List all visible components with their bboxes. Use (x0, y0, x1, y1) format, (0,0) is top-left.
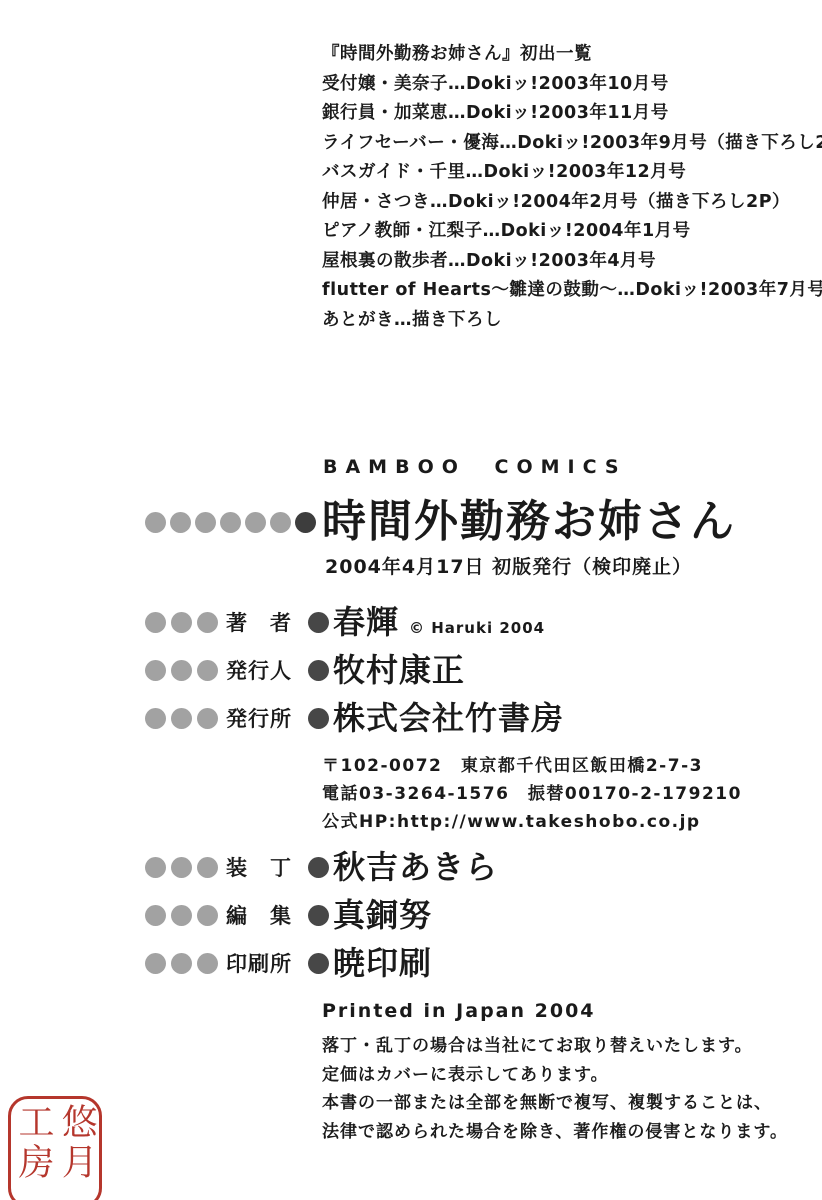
gray-dot-icon (145, 905, 166, 926)
editor-name: 真銅努 (333, 899, 432, 931)
legal-line: 法律で認められた場合を除き、著作権の侵害となります。 (322, 1118, 788, 1147)
gray-dot-icon (145, 857, 166, 878)
gray-dot-icon (197, 612, 218, 633)
publisher-website: 公式HP:http://www.takeshobo.co.jp (322, 808, 742, 836)
credit-row-publishing-house: 発行所 株式会社竹書房 (145, 702, 564, 734)
gray-dot-icon (145, 953, 166, 974)
legal-line: 定価はカバーに表示してあります。 (322, 1061, 788, 1090)
publication-entry: ライフセーバー・優海…Dokiッ!2003年9月号（描き下ろし2P） (322, 129, 822, 159)
printed-in-japan-line: Printed in Japan 2004 (322, 1000, 596, 1022)
credit-label: 著 者 (226, 607, 306, 637)
publication-entry: 銀行員・加菜恵…Dokiッ!2003年11月号 (322, 99, 822, 129)
gray-dot-icon (245, 512, 266, 533)
gray-dot-icon (171, 905, 192, 926)
dark-dot-icon (308, 905, 329, 926)
gray-dot-icon (145, 660, 166, 681)
gray-dot-icon (270, 512, 291, 533)
scanlator-seal: 悠月工房 (8, 1096, 102, 1200)
credit-label: 発行所 (226, 703, 306, 733)
gray-dot-icon (171, 857, 192, 878)
gray-dot-icon (171, 660, 192, 681)
gray-dot-icon (220, 512, 241, 533)
publication-entry: バスガイド・千里…Dokiッ!2003年12月号 (322, 158, 822, 188)
publisher-phone: 電話03-3264-1576 振替00170-2-179210 (322, 780, 742, 808)
publisher-contact: 〒102-0072 東京都千代田区飯田橋2-7-3 電話03-3264-1576… (322, 752, 742, 836)
credit-row-publisher-person: 発行人 牧村康正 (145, 654, 465, 686)
publication-entry: 受付嬢・美奈子…Dokiッ!2003年10月号 (322, 70, 822, 100)
publication-list-header: 『時間外勤務お姉さん』初出一覧 (322, 40, 822, 70)
credit-row-editor: 編 集 真銅努 (145, 899, 432, 931)
title-dots-decoration (145, 512, 320, 533)
edition-line: 2004年4月17日 初版発行（検印廃止） (325, 552, 692, 579)
gray-dot-icon (197, 857, 218, 878)
gray-dot-icon (145, 512, 166, 533)
printer-name: 暁印刷 (333, 947, 432, 979)
credit-label: 装 丁 (226, 852, 306, 882)
dark-dot-icon (308, 660, 329, 681)
first-publication-list: 『時間外勤務お姉さん』初出一覧 受付嬢・美奈子…Dokiッ!2003年10月号 … (322, 40, 822, 335)
colophon-page: 『時間外勤務お姉さん』初出一覧 受付嬢・美奈子…Dokiッ!2003年10月号 … (0, 0, 822, 1200)
credit-label: 発行人 (226, 655, 306, 685)
cover-designer-name: 秋吉あきら (333, 851, 498, 883)
seal-text: 悠月工房 (12, 1103, 98, 1183)
dark-dot-icon (295, 512, 316, 533)
credit-row-cover-design: 装 丁 秋吉あきら (145, 851, 498, 883)
publishing-house-name: 株式会社竹書房 (333, 702, 564, 734)
book-title: 時間外勤務お姉さん (322, 500, 736, 544)
gray-dot-icon (145, 612, 166, 633)
publication-entry: 屋根裏の散歩者…Dokiッ!2003年4月号 (322, 247, 822, 277)
dark-dot-icon (308, 953, 329, 974)
copyright-note: © Haruki 2004 (409, 621, 545, 636)
legal-notes: 落丁・乱丁の場合は当社にてお取り替えいたします。 定価はカバーに表示してあります… (322, 1032, 788, 1146)
title-row: 時間外勤務お姉さん (145, 500, 736, 544)
dark-dot-icon (308, 857, 329, 878)
gray-dot-icon (197, 708, 218, 729)
publication-entry: ピアノ教師・江梨子…Dokiッ!2004年1月号 (322, 217, 822, 247)
publication-entry: 仲居・さつき…Dokiッ!2004年2月号（描き下ろし2P） (322, 188, 822, 218)
gray-dot-icon (145, 708, 166, 729)
legal-line: 本書の一部または全部を無断で複写、複製することは、 (322, 1089, 788, 1118)
publisher-person-name: 牧村康正 (333, 654, 465, 686)
gray-dot-icon (195, 512, 216, 533)
publication-entry: あとがき…描き下ろし (322, 306, 822, 336)
gray-dot-icon (171, 708, 192, 729)
series-logo: BAMBOO COMICS (323, 456, 627, 478)
gray-dot-icon (170, 512, 191, 533)
gray-dot-icon (197, 660, 218, 681)
author-name: 春輝 (333, 606, 399, 638)
publisher-address: 〒102-0072 東京都千代田区飯田橋2-7-3 (322, 752, 742, 780)
gray-dot-icon (171, 612, 192, 633)
gray-dot-icon (197, 953, 218, 974)
credit-row-author: 著 者 春輝 © Haruki 2004 (145, 606, 545, 638)
gray-dot-icon (171, 953, 192, 974)
publication-entry: flutter of Hearts～雛達の鼓動～…Dokiッ!2003年7月号 (322, 276, 822, 306)
gray-dot-icon (197, 905, 218, 926)
credit-row-printer: 印刷所 暁印刷 (145, 947, 432, 979)
dark-dot-icon (308, 708, 329, 729)
credit-label: 印刷所 (226, 948, 306, 978)
dark-dot-icon (308, 612, 329, 633)
credit-label: 編 集 (226, 900, 306, 930)
legal-line: 落丁・乱丁の場合は当社にてお取り替えいたします。 (322, 1032, 788, 1061)
